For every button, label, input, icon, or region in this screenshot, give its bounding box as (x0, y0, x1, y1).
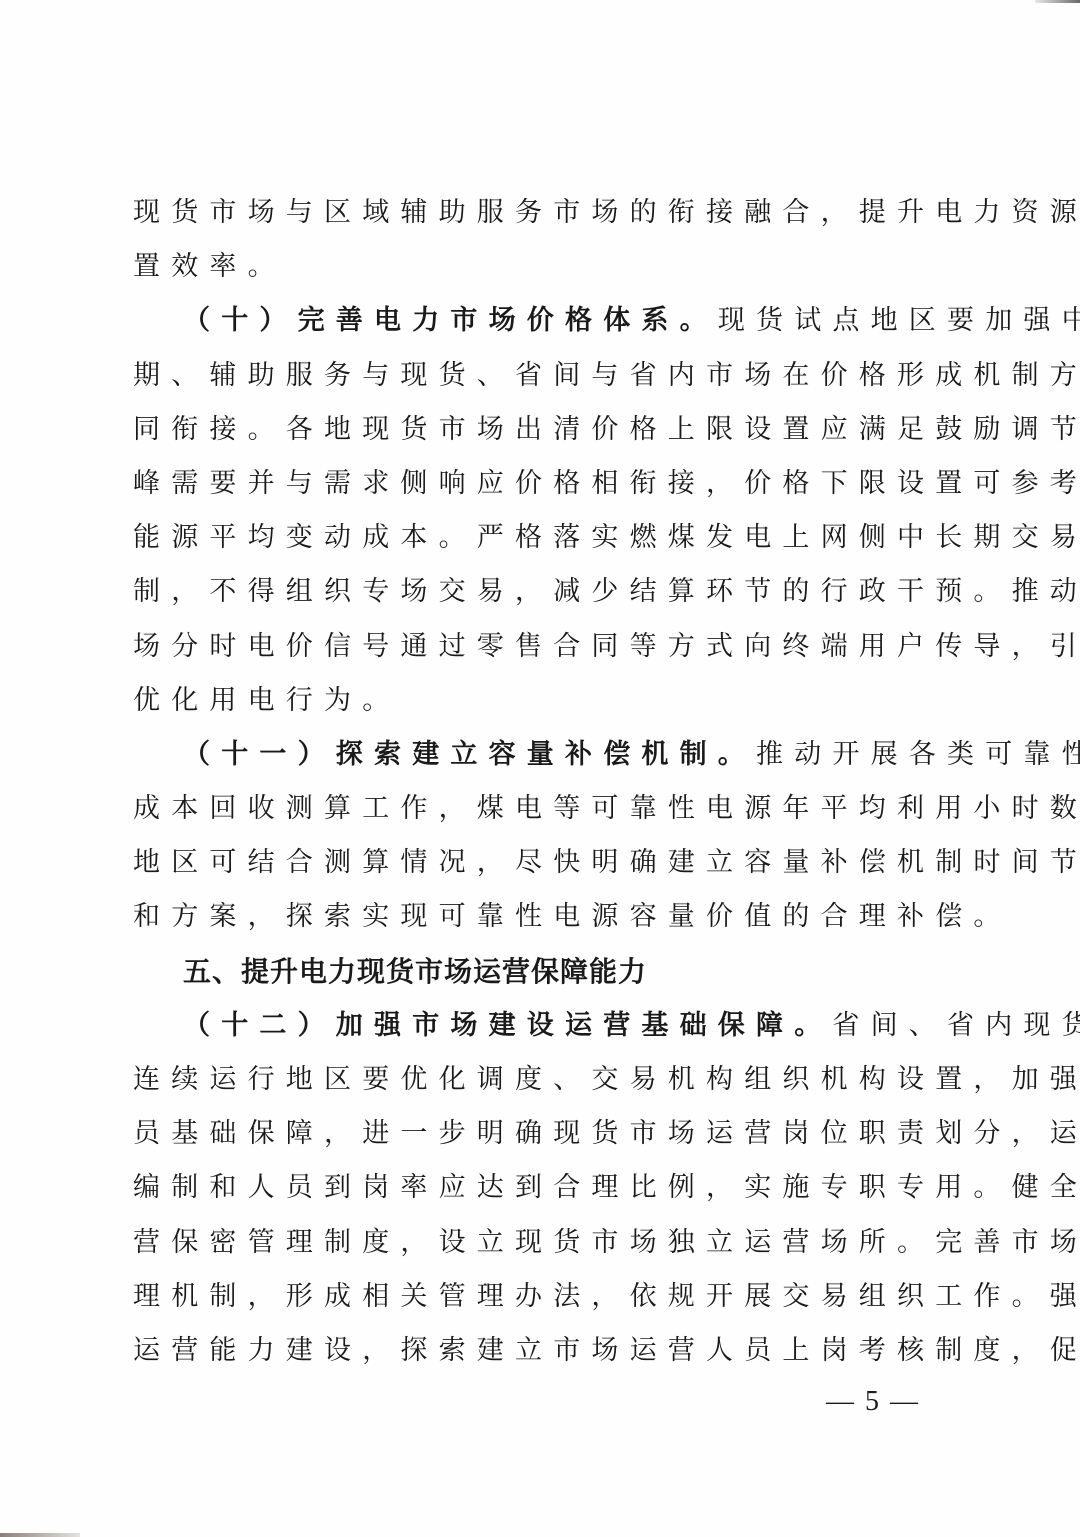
text-span: 推动开展各类可靠性电源 (756, 739, 1080, 770)
text-line: 峰需要并与需求侧响应价格相衔接，价格下限设置可参考当地新 (133, 457, 933, 511)
scan-edge-bottom-left (0, 1533, 80, 1537)
document-page: 现货市场与区域辅助服务市场的衔接融合，提升电力资源优化配 置效率。 （十）完善电… (0, 0, 1080, 1537)
paragraph-title: （十二）加强市场建设运营基础保障。 (183, 1010, 832, 1041)
text-line: 置效率。 (133, 240, 933, 294)
text-line: 同衔接。各地现货市场出清价格上限设置应满足鼓励调节电源顶 (133, 403, 933, 457)
text-span: 省间、省内现货市场 (832, 1010, 1080, 1041)
text-line: 现货市场与区域辅助服务市场的衔接融合，提升电力资源优化配 (133, 186, 933, 240)
scan-edge-top-right (1035, 0, 1080, 3)
paragraph-12-first-line: （十二）加强市场建设运营基础保障。省间、省内现货市场 (133, 999, 933, 1053)
text-line: 期、辅助服务与现货、省间与省内市场在价格形成机制方面的协 (133, 349, 933, 403)
text-line: 成本回收测算工作，煤电等可靠性电源年平均利用小时数较低的 (133, 782, 933, 836)
text-line: 员基础保障，进一步明确现货市场运营岗位职责划分，运营岗位 (133, 1107, 933, 1161)
paragraph-10-first-line: （十）完善电力市场价格体系。现货试点地区要加强中长 (133, 294, 933, 348)
text-line: 能源平均变动成本。严格落实燃煤发电上网侧中长期交易价格机 (133, 511, 933, 565)
text-line: 和方案，探索实现可靠性电源容量价值的合理补偿。 (133, 890, 933, 944)
section-heading: 五、提升电力现货市场运营保障能力 (133, 945, 933, 999)
text-line: 理机制，形成相关管理办法，依规开展交易组织工作。强化市场 (133, 1270, 933, 1324)
paragraph-title: （十一）探索建立容量补偿机制。 (183, 739, 756, 770)
text-line: 场分时电价信号通过零售合同等方式向终端用户传导，引导用户 (133, 620, 933, 674)
text-line: 制，不得组织专场交易，减少结算环节的行政干预。推动批发市 (133, 565, 933, 619)
text-line: 编制和人员到岗率应达到合理比例，实施专职专用。健全市场运 (133, 1161, 933, 1215)
paragraph-title: （十）完善电力市场价格体系。 (183, 305, 718, 336)
text-line: 营保密管理制度，设立现货市场独立运营场所。完善市场运营管 (133, 1216, 933, 1270)
text-line: 连续运行地区要优化调度、交易机构组织机构设置，加强组织人 (133, 1053, 933, 1107)
text-line: 运营能力建设，探索建立市场运营人员上岗考核制度，促进运营 (133, 1324, 933, 1378)
text-span: 现货试点地区要加强中长 (718, 305, 1080, 336)
page-number: — 5 — (826, 1386, 920, 1418)
document-body: 现货市场与区域辅助服务市场的衔接融合，提升电力资源优化配 置效率。 （十）完善电… (133, 186, 933, 1378)
text-line: 地区可结合测算情况，尽快明确建立容量补偿机制时间节点计划 (133, 836, 933, 890)
text-line: 优化用电行为。 (133, 674, 933, 728)
paragraph-11-first-line: （十一）探索建立容量补偿机制。推动开展各类可靠性电源 (133, 728, 933, 782)
